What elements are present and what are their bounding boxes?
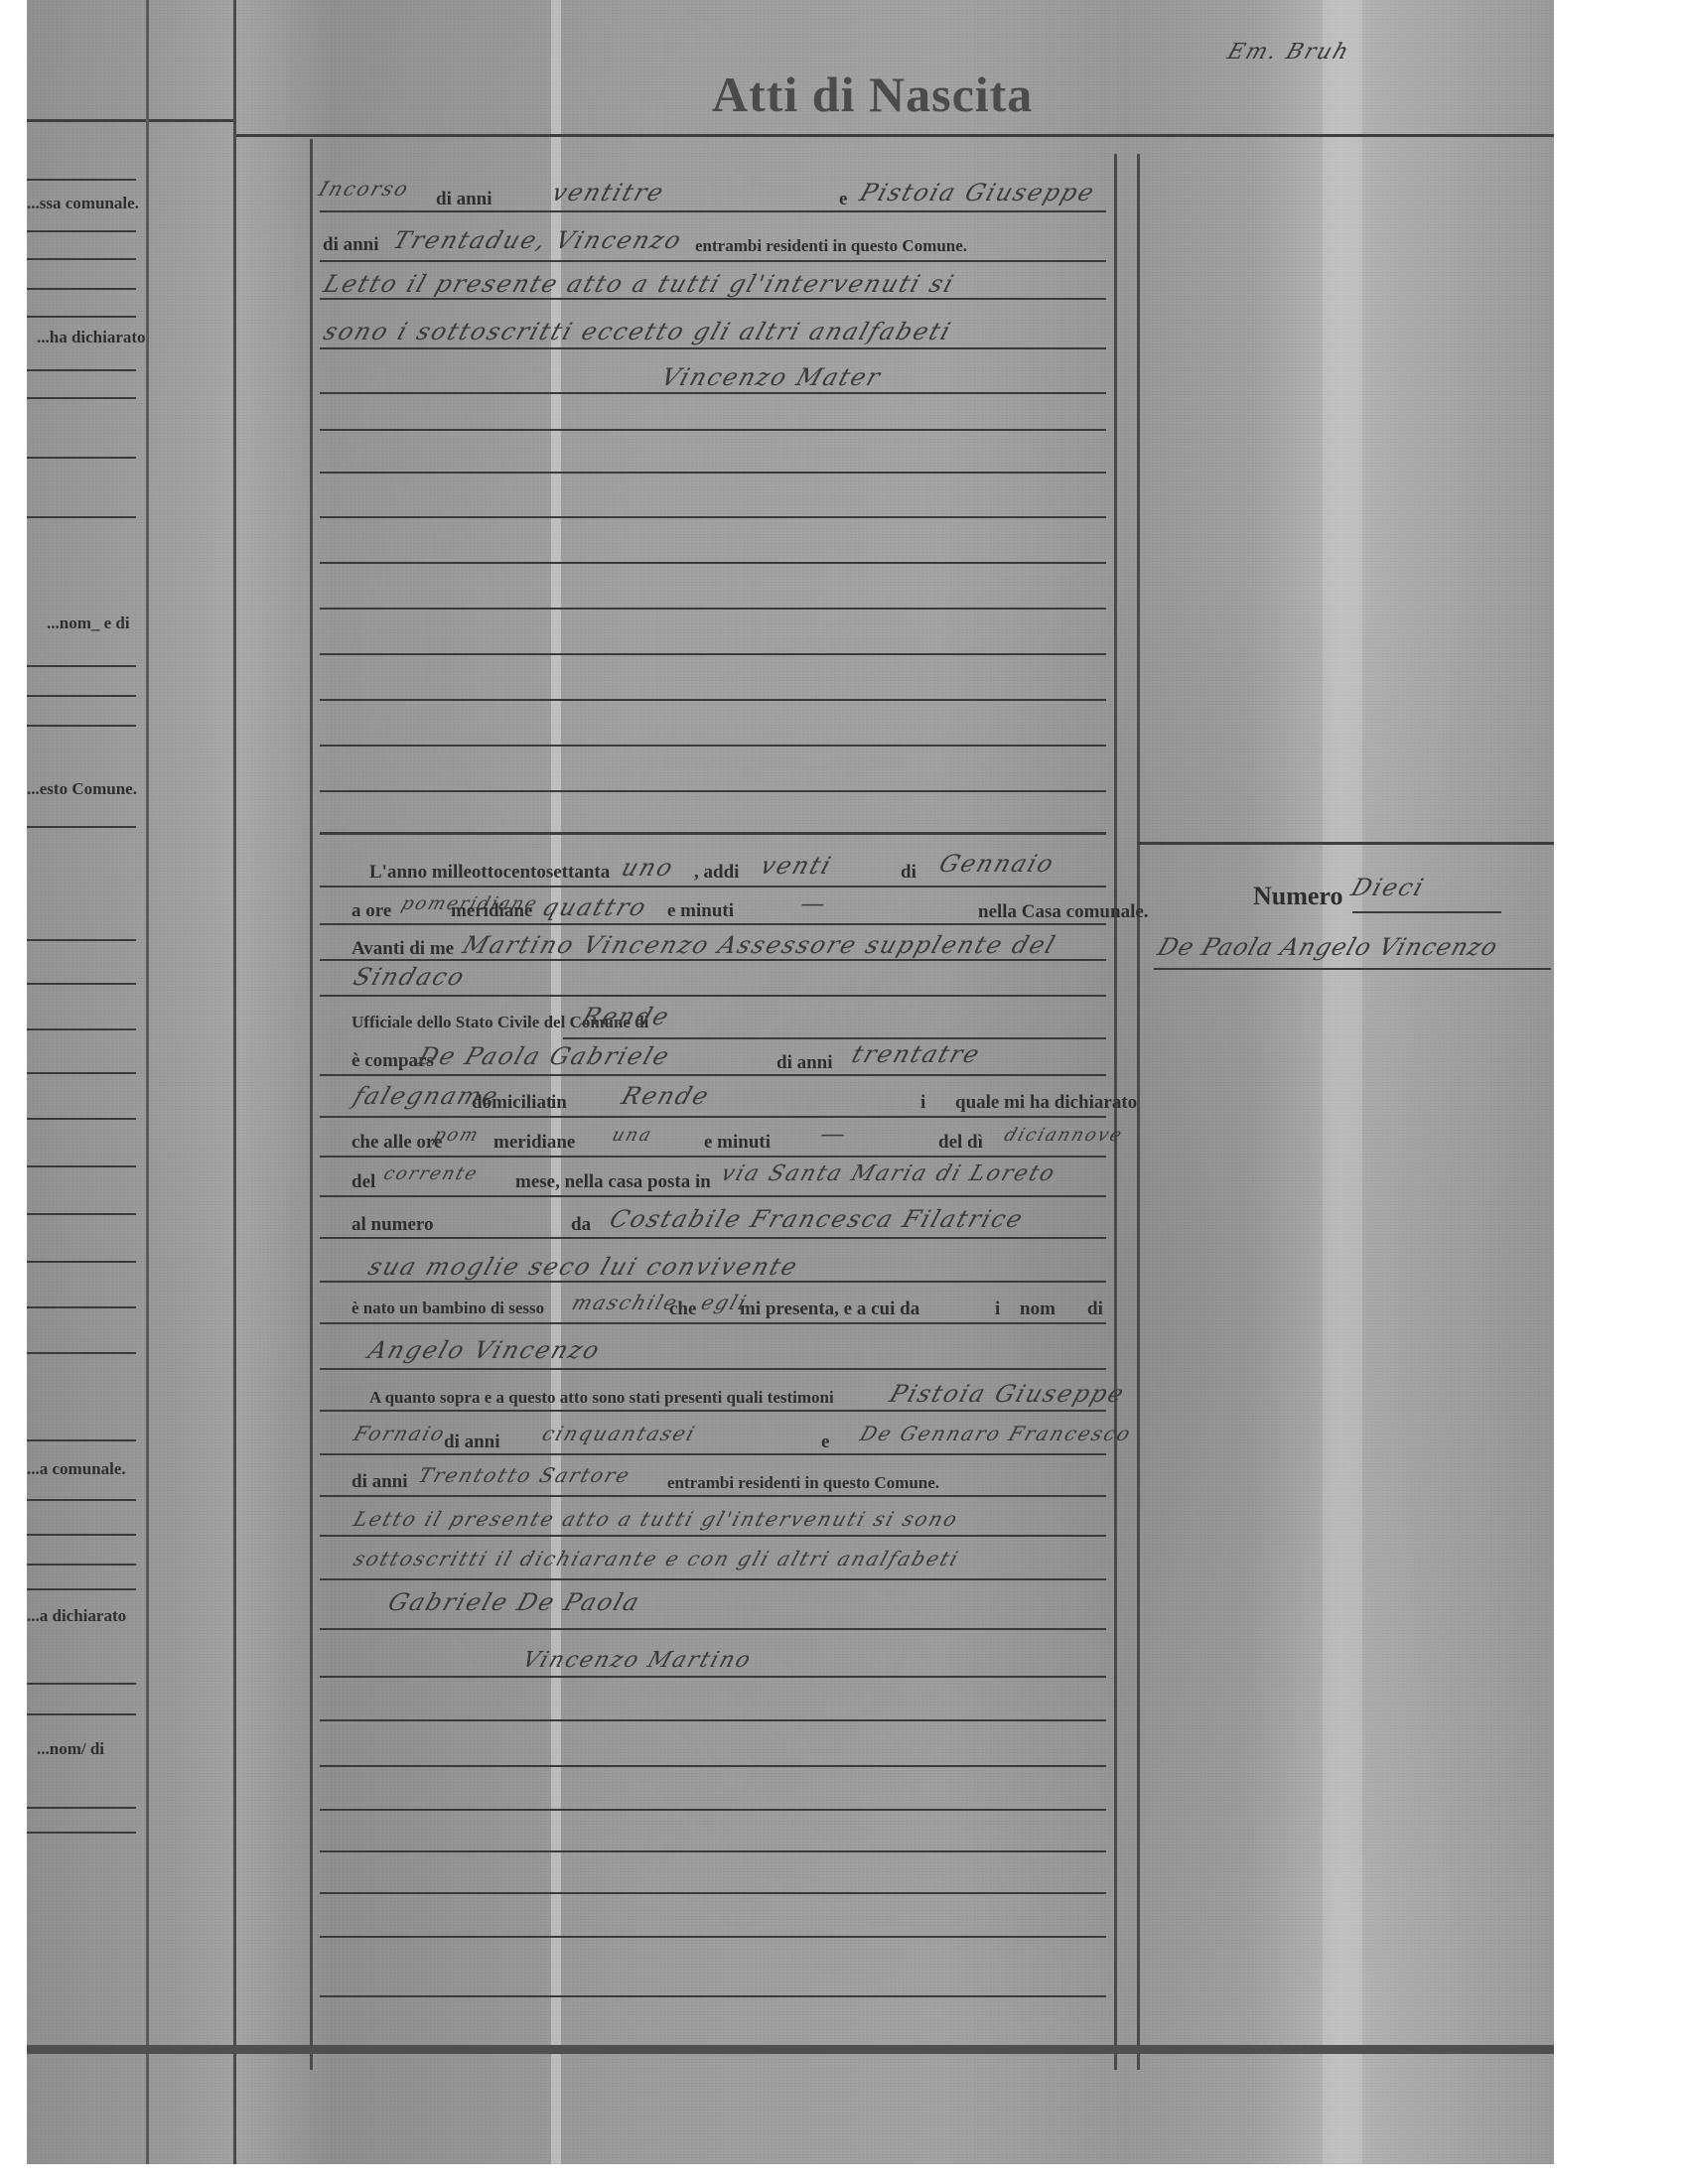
margin-fragment: ...esto Comune. [27,779,137,799]
declarant-signature: Gabriele De Paola [384,1588,644,1616]
margin-fragment: ...a comunale. [27,1459,126,1479]
margin-fragment: ...a dichiarato [27,1606,126,1626]
corner-annotation: Em. Bruh [1224,40,1353,65]
section-divider [320,832,1106,835]
frame-line [146,0,149,2164]
margin-fragment: ...ssa comunale. [27,194,139,213]
frame-line [27,2045,1554,2054]
page-title: Atti di Nascita [712,66,1033,123]
document-sheet: Atti di Nascita Em. Bruh ...ssa comunale… [27,0,1554,2164]
numero-value: Dieci [1347,874,1428,901]
frame-line [235,134,1554,137]
frame-line [27,119,235,122]
fold-line [1323,0,1362,2164]
registered-name: De Paola Angelo Vincenzo [1154,933,1501,961]
frame-line [1137,842,1554,845]
margin-fragment: ...nom/ di [37,1739,104,1759]
officer-signature: Vincenzo Martino [519,1648,756,1673]
margin-fragment: ...nom_ e di [47,614,130,633]
frame-line [310,139,313,2070]
margin-fragment: ...ha dichiarato [37,328,146,347]
frame-line [1137,154,1140,2070]
numero-label: Numero [1253,882,1343,911]
frame-line [233,0,236,2164]
